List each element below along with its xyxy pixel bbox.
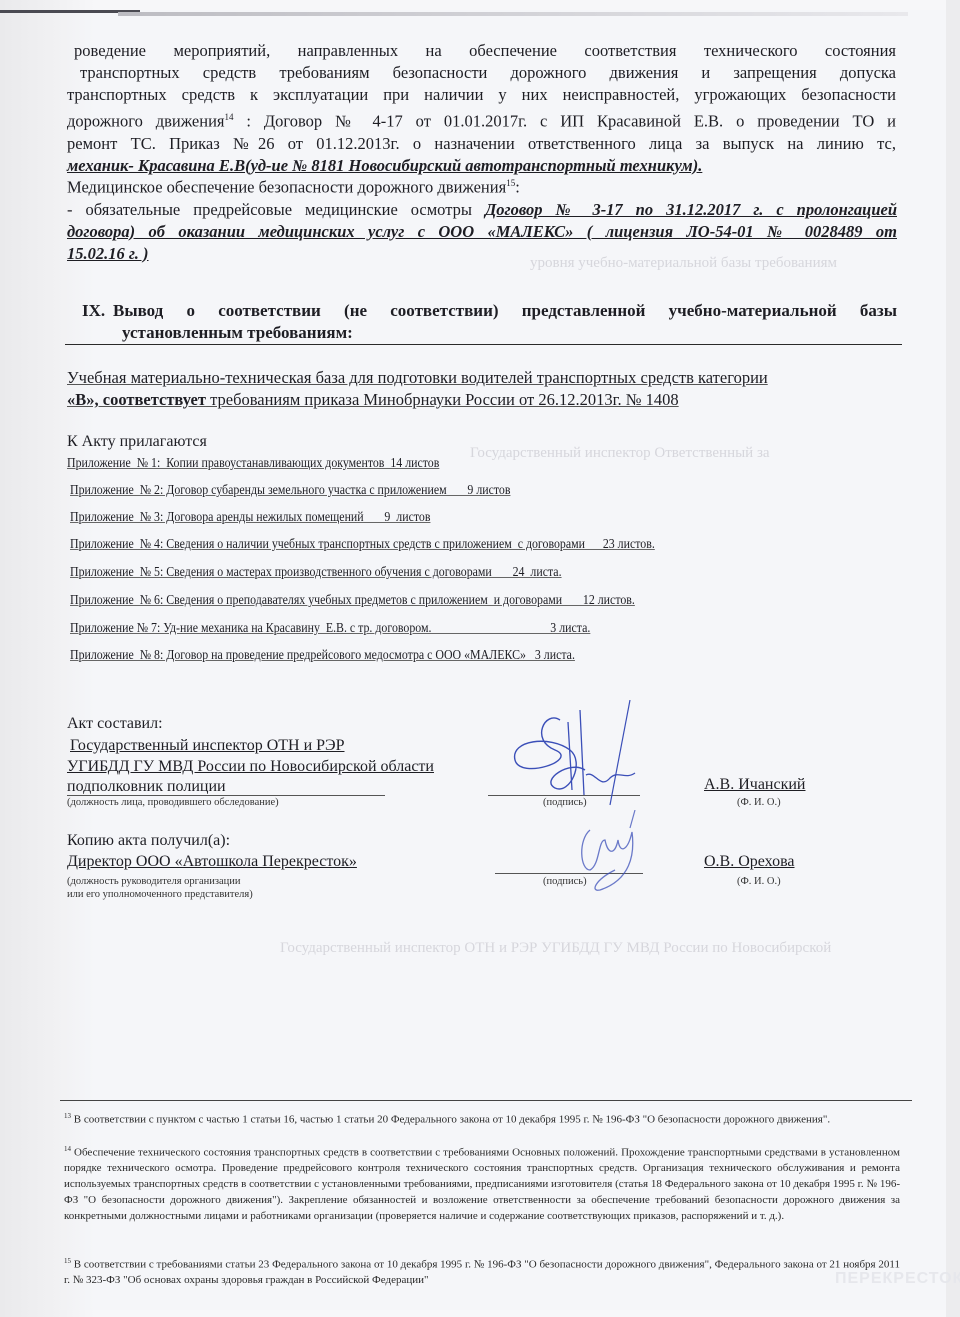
position-line xyxy=(67,795,385,796)
section-title-cont: установленным требованиям: xyxy=(122,322,353,344)
medical-item-cont: 15.02.16 г. ) xyxy=(67,243,897,265)
medical-item-cont: договора) об оказании медицинских услуг … xyxy=(67,221,897,243)
intro-paragraph: роведение мероприятий, направленных на о… xyxy=(80,40,896,177)
medical-title: Медицинское обеспечение безопасности дор… xyxy=(67,172,897,199)
inspector-position: Государственный инспектор ОТН и РЭР xyxy=(70,737,345,755)
scan-top-fold xyxy=(118,12,908,16)
attachment-item: Приложение № 6: Сведения о преподавателя… xyxy=(70,592,635,608)
inspector-rank: подполковник полиции xyxy=(67,778,226,796)
medical-section: Медицинское обеспечение безопасности дор… xyxy=(67,172,897,265)
section-title: Вывод о соответствии (не соответствии) п… xyxy=(113,300,897,322)
intro-line: дорожного движения14 : Договор № 4-17 от… xyxy=(67,106,896,133)
director-position: Директор ООО «Автошкола Перекресток» xyxy=(67,853,357,871)
footnote-ref: 15 xyxy=(506,178,515,188)
attachment-item: Приложение № 5: Сведения о мастерах прои… xyxy=(70,564,562,580)
intro-line: транспортных средств требованиям безопас… xyxy=(80,62,896,84)
compiled-by-label: Акт составил: xyxy=(67,715,163,733)
inspector-name: А.В. Ичанский xyxy=(704,776,806,794)
intro-line: транспортных средств к эксплуатации при … xyxy=(67,84,896,106)
attachment-item: Приложение № 8: Договор на проведение пр… xyxy=(70,647,575,663)
medical-item: - обязательные предрейсовые медицинские … xyxy=(67,199,897,221)
bleed-through-text: Государственный инспектор ОТН и РЭР УГИБ… xyxy=(280,940,831,957)
position-caption: (должность лица, проводившего обследован… xyxy=(67,797,279,808)
intro-line: ремонт ТС. Приказ №26 от 01.12.2013г. о … xyxy=(67,133,896,155)
attachment-item: Приложение № 7: Уд-ние механика на Краса… xyxy=(70,620,590,636)
name-caption: (Ф. И. О.) xyxy=(737,797,781,808)
director-caption: (должность руководителя организации xyxy=(67,876,241,887)
footnote-rule xyxy=(60,1100,912,1101)
attachment-item: Приложение № 1: Копии правоустанавливающ… xyxy=(67,455,439,471)
scan-right-edge xyxy=(946,0,960,1317)
section-number: IX. xyxy=(82,300,105,322)
attachment-item: Приложение № 3: Договора аренды нежилых … xyxy=(70,509,430,525)
footnote-14: 14 Обеспечение технического состояния тр… xyxy=(64,1142,900,1225)
inspector-signature xyxy=(500,700,660,810)
bleed-through-text: Государственный инспектор Ответственный … xyxy=(470,445,770,462)
name-caption: (Ф. И. О.) xyxy=(737,876,781,887)
footnote-13: 13 В соответствии с пунктом с частью 1 с… xyxy=(64,1109,900,1128)
intro-line: роведение мероприятий, направленных на о… xyxy=(80,40,896,62)
watermark-logo: ПЕРЕКРЕСТОК xyxy=(835,1270,960,1288)
footnote-15: 15 В соответствии с требованиями статьи … xyxy=(64,1254,900,1289)
section-rule xyxy=(65,344,902,345)
attachments-title: К Акту прилагаются xyxy=(67,433,207,451)
conclusion-line: «В», соответствует требованиям приказа М… xyxy=(67,389,679,411)
footnote-ref: 14 xyxy=(225,112,234,122)
attachment-item: Приложение № 2: Договор субаренды земель… xyxy=(70,482,510,498)
director-caption: или его уполномоченного представителя) xyxy=(67,889,253,900)
attachment-item: Приложение № 4: Сведения о наличии учебн… xyxy=(70,536,655,552)
director-name: О.В. Орехова xyxy=(704,853,795,871)
conclusion-line: Учебная материально-техническая база для… xyxy=(67,367,768,389)
received-by-label: Копию акта получил(а): xyxy=(67,832,230,850)
director-signature xyxy=(560,810,660,900)
inspector-department: УГИБДД ГУ МВД России по Новосибирской об… xyxy=(67,758,434,776)
